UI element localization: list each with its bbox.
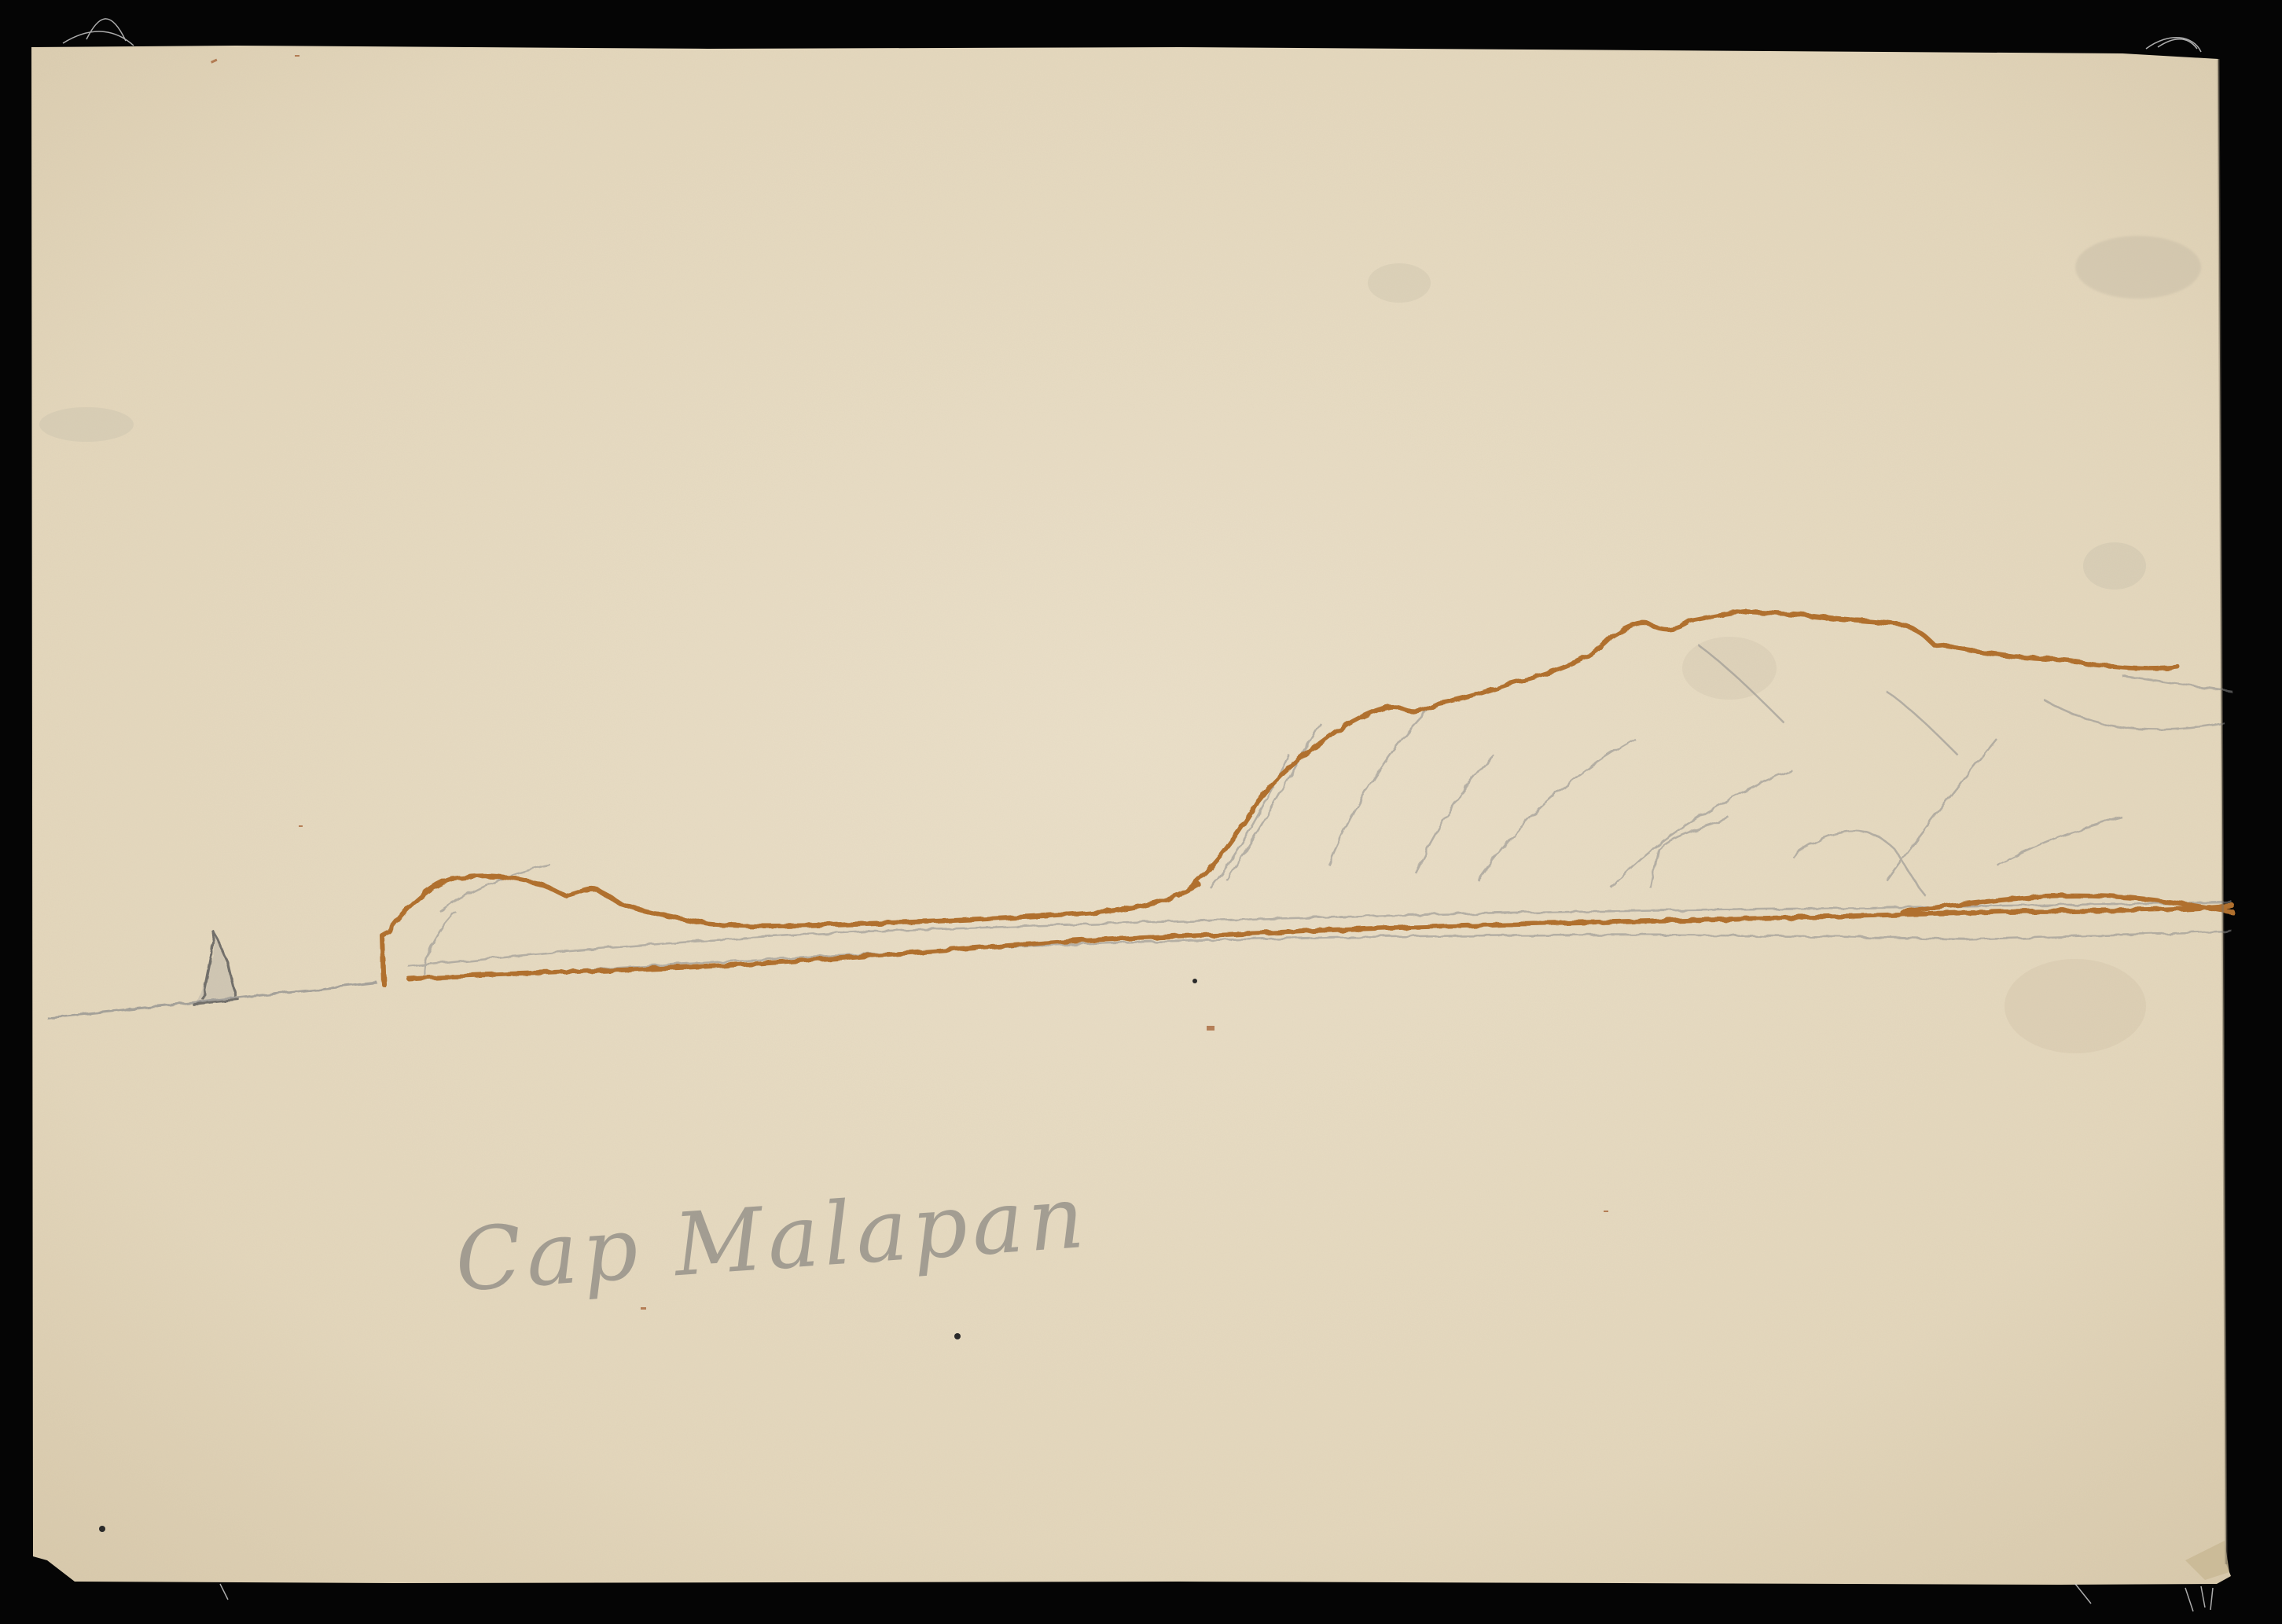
paper-sheet <box>0 0 2282 1624</box>
scan-stage: Cap Malapan <box>0 0 2282 1624</box>
